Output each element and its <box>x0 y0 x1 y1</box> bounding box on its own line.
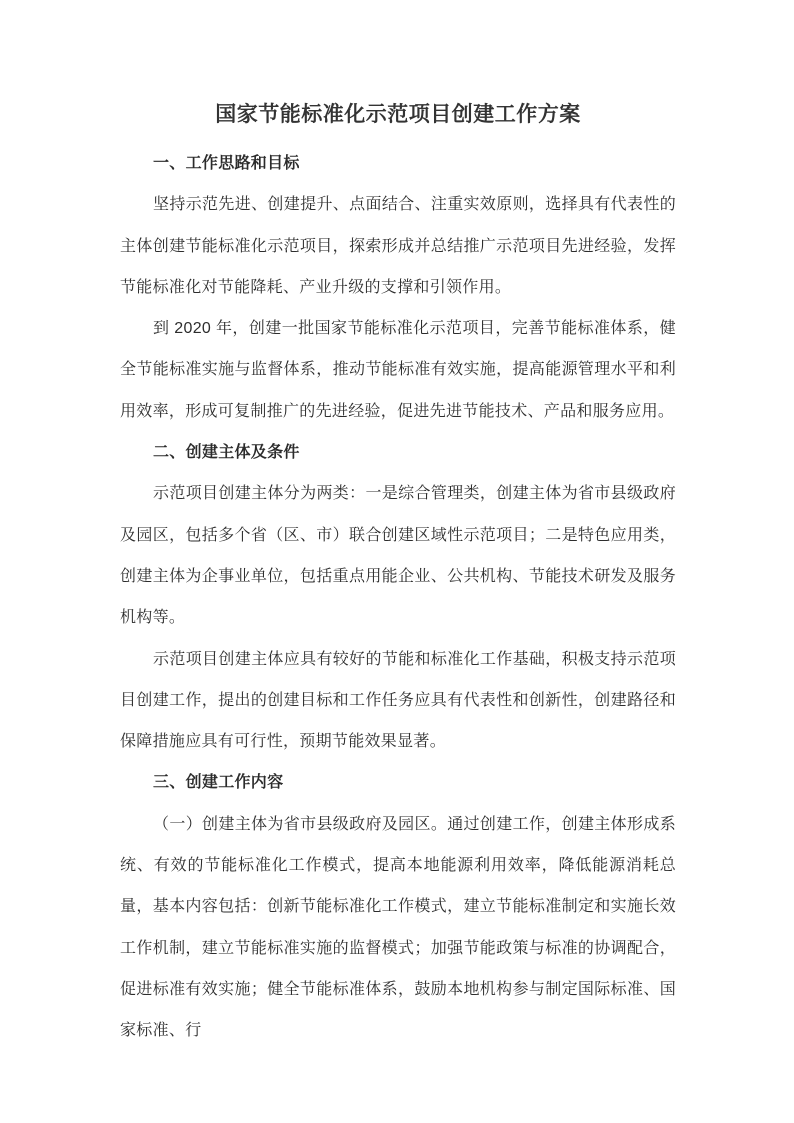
document-page: 国家节能标准化示范项目创建工作方案 一、工作思路和目标 坚持示范先进、创建提升、… <box>0 0 794 1123</box>
body-paragraph: （一）创建主体为省市县级政府及园区。通过创建工作，创建主体形成系统、有效的节能标… <box>120 804 676 1052</box>
body-paragraph: 示范项目创建主体应具有较好的节能和标准化工作基础，积极支持示范项目创建工作，提出… <box>120 639 676 763</box>
section-heading-creation-subjects: 二、创建主体及条件 <box>120 432 676 473</box>
body-paragraph: 示范项目创建主体分为两类：一是综合管理类，创建主体为省市县级政府及园区，包括多个… <box>120 473 676 638</box>
document-title: 国家节能标准化示范项目创建工作方案 <box>120 94 676 136</box>
section-heading-work-goals: 一、工作思路和目标 <box>120 143 676 184</box>
section-heading-work-content: 三、创建工作内容 <box>120 762 676 803</box>
body-paragraph: 到 2020 年，创建一批国家节能标准化示范项目，完善节能标准体系，健全节能标准… <box>120 308 676 432</box>
body-paragraph: 坚持示范先进、创建提升、点面结合、注重实效原则，选择具有代表性的主体创建节能标准… <box>120 184 676 308</box>
